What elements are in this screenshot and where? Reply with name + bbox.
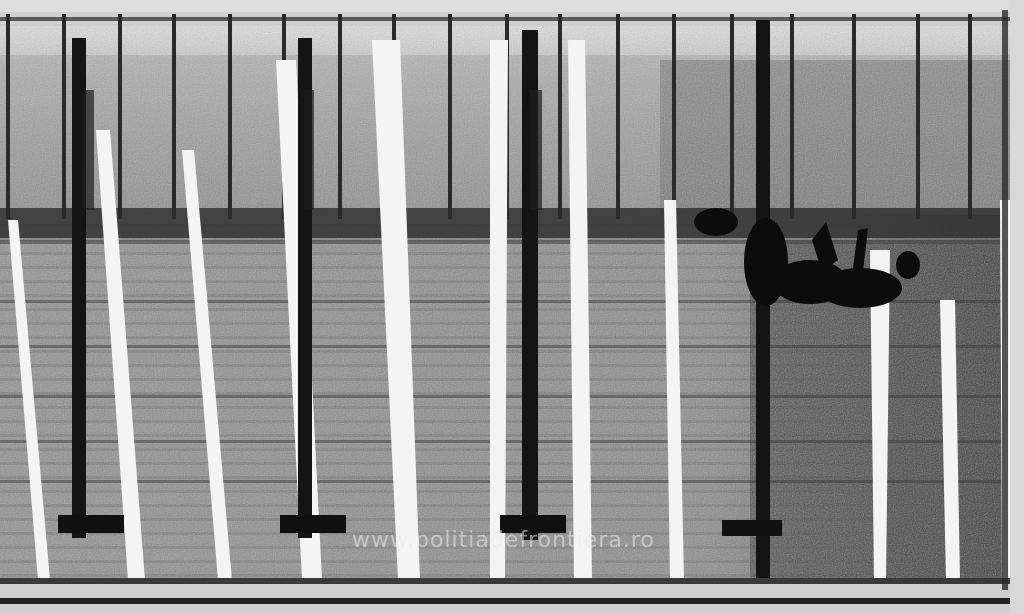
watermark: www.politiadefrontiera.ro <box>352 528 655 553</box>
xray-scan-image <box>0 0 1024 614</box>
